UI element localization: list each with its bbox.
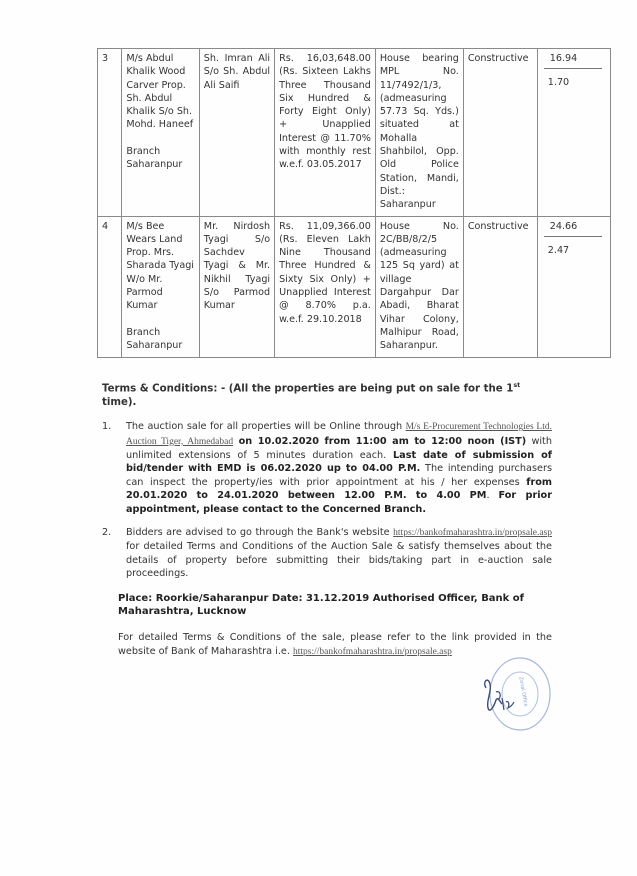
dues-cell: Rs. 11,09,366.00 (Rs. Eleven Lakh Nine T…: [275, 216, 376, 357]
property-cell: House No. 2C/BB/8/2/5 (admeasuring 125 S…: [375, 216, 463, 357]
property-table: 3 M/s Abdul Khalik Wood Carver Prop. Sh.…: [97, 48, 611, 358]
bank-seal-stamp: Zonal Office: [478, 652, 552, 740]
emd-amount: 1.70: [542, 69, 606, 89]
borrower-name: M/s Bee Wears Land Prop. Mrs. Sharada Ty…: [126, 220, 194, 313]
price-cell: 16.94 1.70: [537, 49, 610, 217]
branch-name: Branch Saharanpur: [126, 145, 194, 172]
serial-number: 4: [98, 216, 122, 357]
guarantor-cell: Sh. Imran Ali S/o Sh. Abdul Ali Saifi: [199, 49, 274, 217]
place-date-signatory: Place: Roorkie/Saharanpur Date: 31.12.20…: [102, 592, 552, 619]
terms-section: Terms & Conditions: - (All the propertie…: [102, 379, 552, 659]
branch-name: Branch Saharanpur: [126, 326, 194, 353]
item-number: 2.: [102, 526, 111, 539]
serial-number: 3: [98, 49, 122, 217]
svg-text:Zonal Office: Zonal Office: [517, 676, 528, 707]
reserve-price: 24.66: [544, 220, 602, 237]
terms-item-2: 2. Bidders are advised to go through the…: [102, 526, 552, 581]
borrower-cell: M/s Bee Wears Land Prop. Mrs. Sharada Ty…: [122, 216, 199, 357]
borrower-cell: M/s Abdul Khalik Wood Carver Prop. Sh. A…: [122, 49, 199, 217]
emd-amount: 2.47: [542, 237, 606, 257]
possession-type: Constructive: [463, 216, 537, 357]
document-page: 3 M/s Abdul Khalik Wood Carver Prop. Sh.…: [0, 0, 637, 876]
footer-website-link[interactable]: https://bankofmaharashtra.in/propsale.as…: [293, 647, 452, 657]
price-cell: 24.66 2.47: [537, 216, 610, 357]
guarantor-cell: Mr. Nirdosh Tyagi S/o Sachdev Tyagi & Mr…: [199, 216, 274, 357]
terms-heading: Terms & Conditions: - (All the propertie…: [102, 379, 552, 409]
dues-cell: Rs. 16,03,648.00 (Rs. Sixteen Lakhs Thre…: [275, 49, 376, 217]
borrower-name: M/s Abdul Khalik Wood Carver Prop. Sh. A…: [126, 52, 194, 132]
table-row: 4 M/s Bee Wears Land Prop. Mrs. Sharada …: [98, 216, 611, 357]
terms-item-1: 1. The auction sale for all properties w…: [102, 420, 552, 516]
bank-website-link[interactable]: https://bankofmaharashtra.in/propsale.as…: [393, 528, 552, 538]
item-number: 1.: [102, 420, 111, 433]
table-row: 3 M/s Abdul Khalik Wood Carver Prop. Sh.…: [98, 49, 611, 217]
seal-icon: Zonal Office: [478, 652, 552, 740]
reserve-price: 16.94: [544, 52, 602, 69]
possession-type: Constructive: [463, 49, 537, 217]
property-cell: House bearing MPL No. 11/7492/1/3, (adme…: [375, 49, 463, 217]
